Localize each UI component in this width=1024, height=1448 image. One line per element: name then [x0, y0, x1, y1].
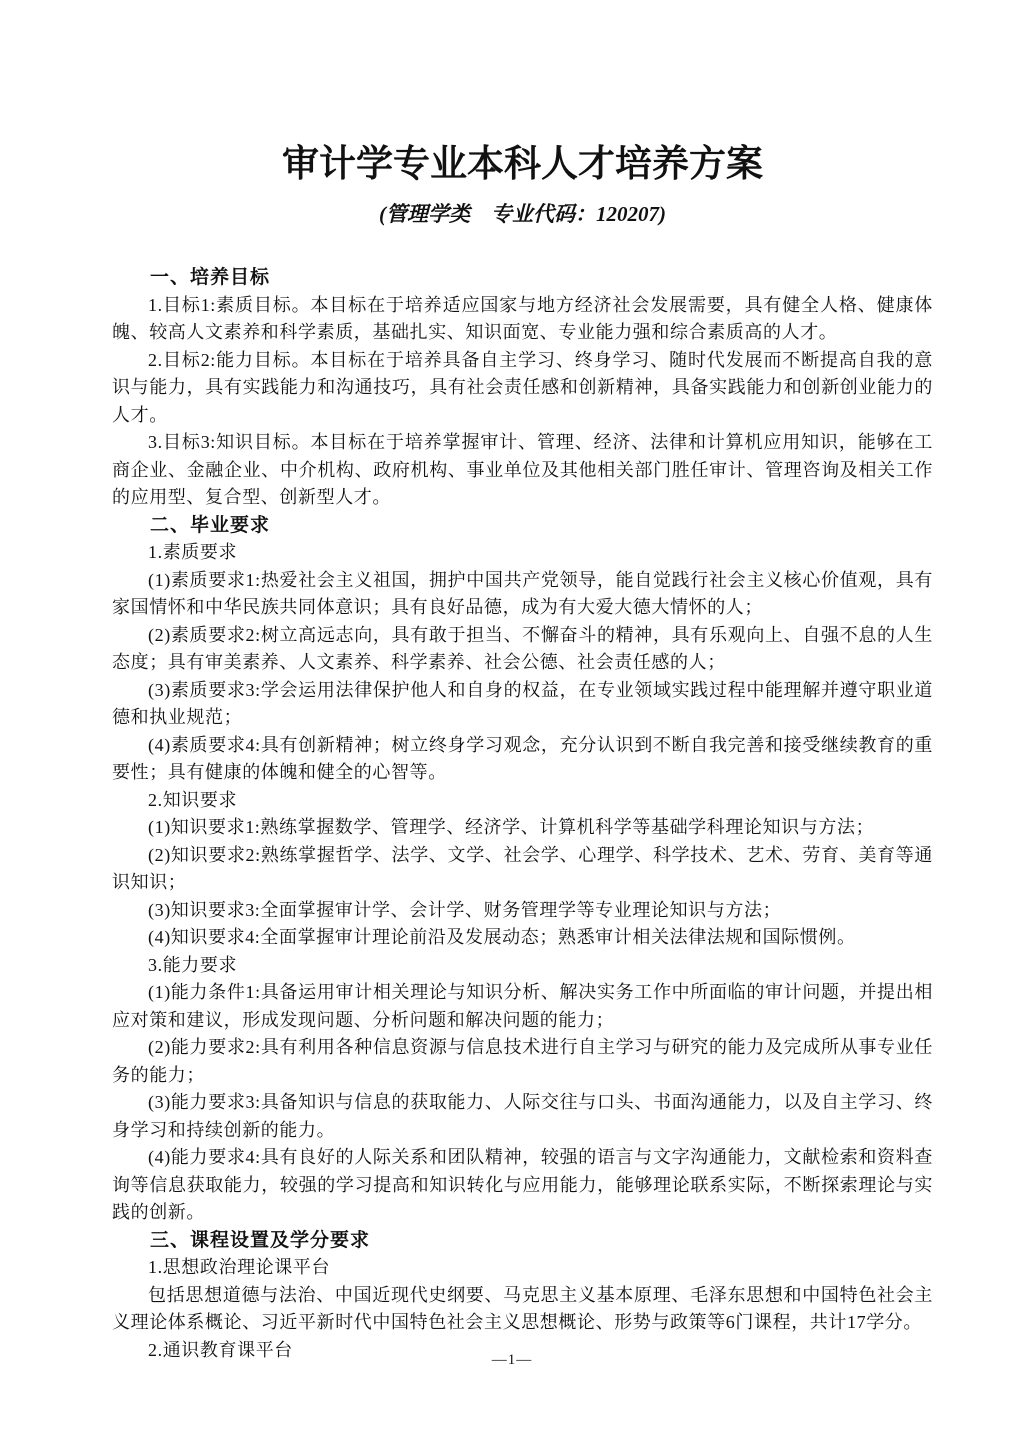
paragraph: (2)素质要求2:树立高远志向，具有敢于担当、不懈奋斗的精神，具有乐观向上、自强…	[112, 622, 933, 677]
section-heading: 三、课程设置及学分要求	[112, 1227, 933, 1255]
paragraph: (4)知识要求4:全面掌握审计理论前沿及发展动态；熟悉审计相关法律法规和国际惯例…	[112, 924, 933, 952]
paragraph: (3)知识要求3:全面掌握审计学、会计学、财务管理学等专业理论知识与方法；	[112, 897, 933, 925]
section-heading: 一、培养目标	[112, 264, 933, 292]
paragraph: (3)能力要求3:具备知识与信息的获取能力、人际交往与口头、书面沟通能力，以及自…	[112, 1089, 933, 1144]
paragraph: (1)能力条件1:具备运用审计相关理论与知识分析、解决实务工作中所面临的审计问题…	[112, 979, 933, 1034]
document-content: 一、培养目标1.目标1:素质目标。本目标在于培养适应国家与地方经济社会发展需要，…	[112, 264, 933, 1364]
paragraph: 2.目标2:能力目标。本目标在于培养具备自主学习、终身学习、随时代发展而不断提高…	[112, 347, 933, 430]
document-subtitle: (管理学类 专业代码：120207)	[112, 200, 933, 228]
paragraph: (2)知识要求2:熟练掌握哲学、法学、文学、社会学、心理学、科学技术、艺术、劳育…	[112, 842, 933, 897]
paragraph: (2)能力要求2:具有利用各种信息资源与信息技术进行自主学习与研究的能力及完成所…	[112, 1034, 933, 1089]
paragraph: 1.思想政治理论课平台	[112, 1254, 933, 1282]
document-page: 审计学专业本科人才培养方案 (管理学类 专业代码：120207) 一、培养目标1…	[0, 0, 1024, 1448]
paragraph: 2.知识要求	[112, 787, 933, 815]
document-title: 审计学专业本科人才培养方案	[112, 142, 933, 188]
paragraph: (1)知识要求1:熟练掌握数学、管理学、经济学、计算机科学等基础学科理论知识与方…	[112, 814, 933, 842]
paragraph: 3.目标3:知识目标。本目标在于培养掌握审计、管理、经济、法律和计算机应用知识，…	[112, 429, 933, 512]
paragraph: (4)素质要求4:具有创新精神；树立终身学习观念，充分认识到不断自我完善和接受继…	[112, 732, 933, 787]
paragraph: 3.能力要求	[112, 952, 933, 980]
paragraph: 1.素质要求	[112, 539, 933, 567]
page-number: —1—	[0, 1352, 1024, 1369]
section-heading: 二、毕业要求	[112, 512, 933, 540]
paragraph: (4)能力要求4:具有良好的人际关系和团队精神，较强的语言与文字沟通能力，文献检…	[112, 1144, 933, 1227]
paragraph: 包括思想道德与法治、中国近现代史纲要、马克思主义基本原理、毛泽东思想和中国特色社…	[112, 1282, 933, 1337]
paragraph: 1.目标1:素质目标。本目标在于培养适应国家与地方经济社会发展需要，具有健全人格…	[112, 292, 933, 347]
paragraph: (3)素质要求3:学会运用法律保护他人和自身的权益，在专业领域实践过程中能理解并…	[112, 677, 933, 732]
paragraph: (1)素质要求1:热爱社会主义祖国，拥护中国共产党领导，能自觉践行社会主义核心价…	[112, 567, 933, 622]
